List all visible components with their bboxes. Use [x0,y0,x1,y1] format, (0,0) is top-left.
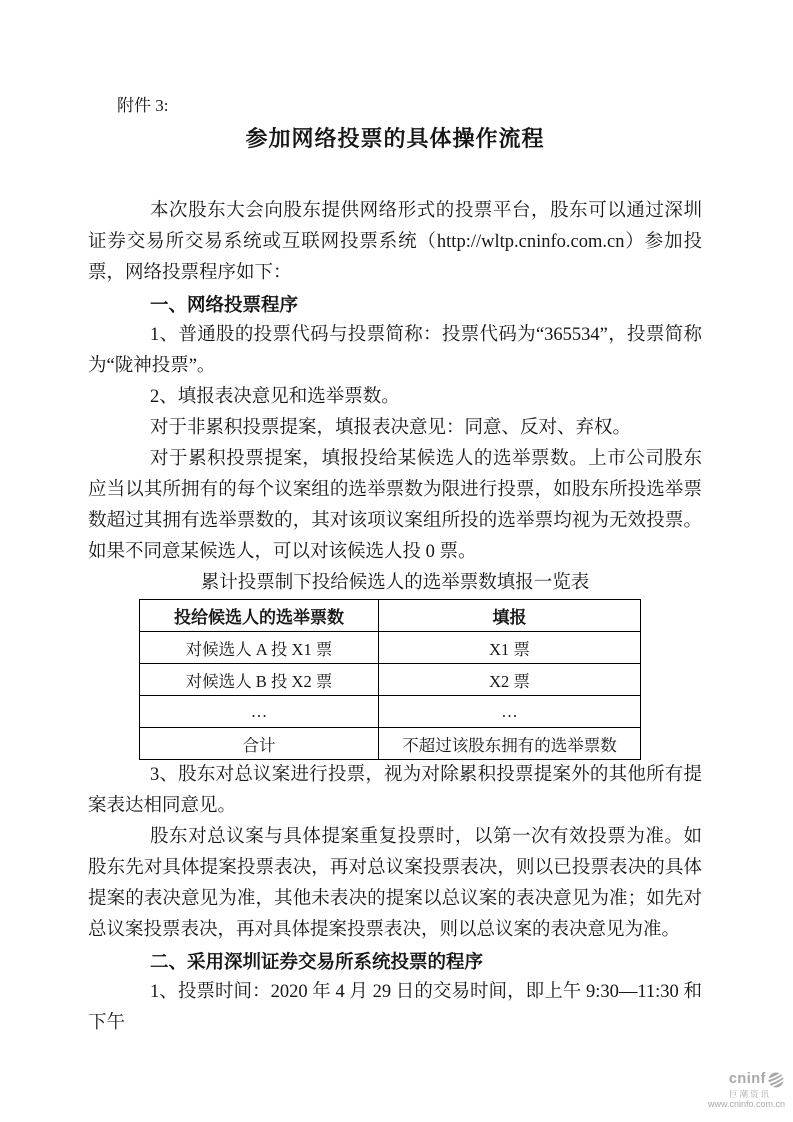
table-header-fill: 填报 [379,600,641,632]
section1-paragraph-5: 3、股东对总议案进行投票，视为对除累积投票提案外的其他所有提案表达相同意见。 [88,760,702,822]
page-title: 参加网络投票的具体操作流程 [88,126,702,152]
document-content: 附件 3: 参加网络投票的具体操作流程 本次股东大会向股东提供网络形式的投票平台… [0,0,793,1039]
document-page: 附件 3: 参加网络投票的具体操作流程 本次股东大会向股东提供网络形式的投票平台… [0,0,793,1122]
table-row: 对候选人 B 投 X2 票 X2 票 [140,664,641,696]
table-header-votes: 投给候选人的选举票数 [140,600,379,632]
cninfo-footer-logo: cninf 巨潮资讯 www.cninfo.com.cn [708,1071,785,1110]
table-caption: 累计投票制下投给候选人的选举票数填报一览表 [88,568,702,599]
cninfo-url: www.cninfo.com.cn [708,1100,785,1110]
section2-paragraph-1: 1、投票时间：2020 年 4 月 29 日的交易时间，即上午 9:30—11:… [88,977,702,1039]
section1-paragraph-1: 1、普通股的投票代码与投票简称：投票代码为“365534”，投票简称为“陇神投票… [88,320,702,382]
table-cell: 对候选人 A 投 X1 票 [140,632,379,664]
table-cell: 不超过该股东拥有的选举票数 [379,728,641,760]
section1-paragraph-6: 股东对总议案与具体提案重复投票时，以第一次有效投票为准。如股东先对具体提案投票表… [88,822,702,946]
table-row: … … [140,696,641,728]
table-cell: 合计 [140,728,379,760]
table-row: 对候选人 A 投 X1 票 X1 票 [140,632,641,664]
section1-paragraph-3: 对于非累积投票提案，填报表决意见：同意、反对、弃权。 [88,413,702,444]
vote-count-table: 投给候选人的选举票数 填报 对候选人 A 投 X1 票 X1 票 对候选人 B … [139,599,641,760]
section1-paragraph-4: 对于累积投票提案，填报投给某候选人的选举票数。上市公司股东应当以其所拥有的每个议… [88,444,702,568]
table-header-row: 投给候选人的选举票数 填报 [140,600,641,632]
section2-heading: 二、采用深圳证券交易所系统投票的程序 [88,946,702,977]
table-cell: … [140,696,379,728]
cninfo-brand-row: cninf [708,1071,785,1089]
section1-paragraph-2: 2、填报表决意见和选举票数。 [88,382,702,413]
cninfo-swirl-icon [767,1071,785,1089]
table-cell: 对候选人 B 投 X2 票 [140,664,379,696]
table-cell: … [379,696,641,728]
table-cell: X2 票 [379,664,641,696]
intro-paragraph: 本次股东大会向股东提供网络形式的投票平台，股东可以通过深圳证券交易所交易系统或互… [88,196,702,289]
table-row: 合计 不超过该股东拥有的选举票数 [140,728,641,760]
section1-heading: 一、网络投票程序 [88,289,702,320]
table-cell: X1 票 [379,632,641,664]
attachment-label: 附件 3: [88,94,702,118]
cninfo-brand-text: cninf [729,1072,766,1088]
cninfo-chinese-name: 巨潮资讯 [708,1090,771,1099]
